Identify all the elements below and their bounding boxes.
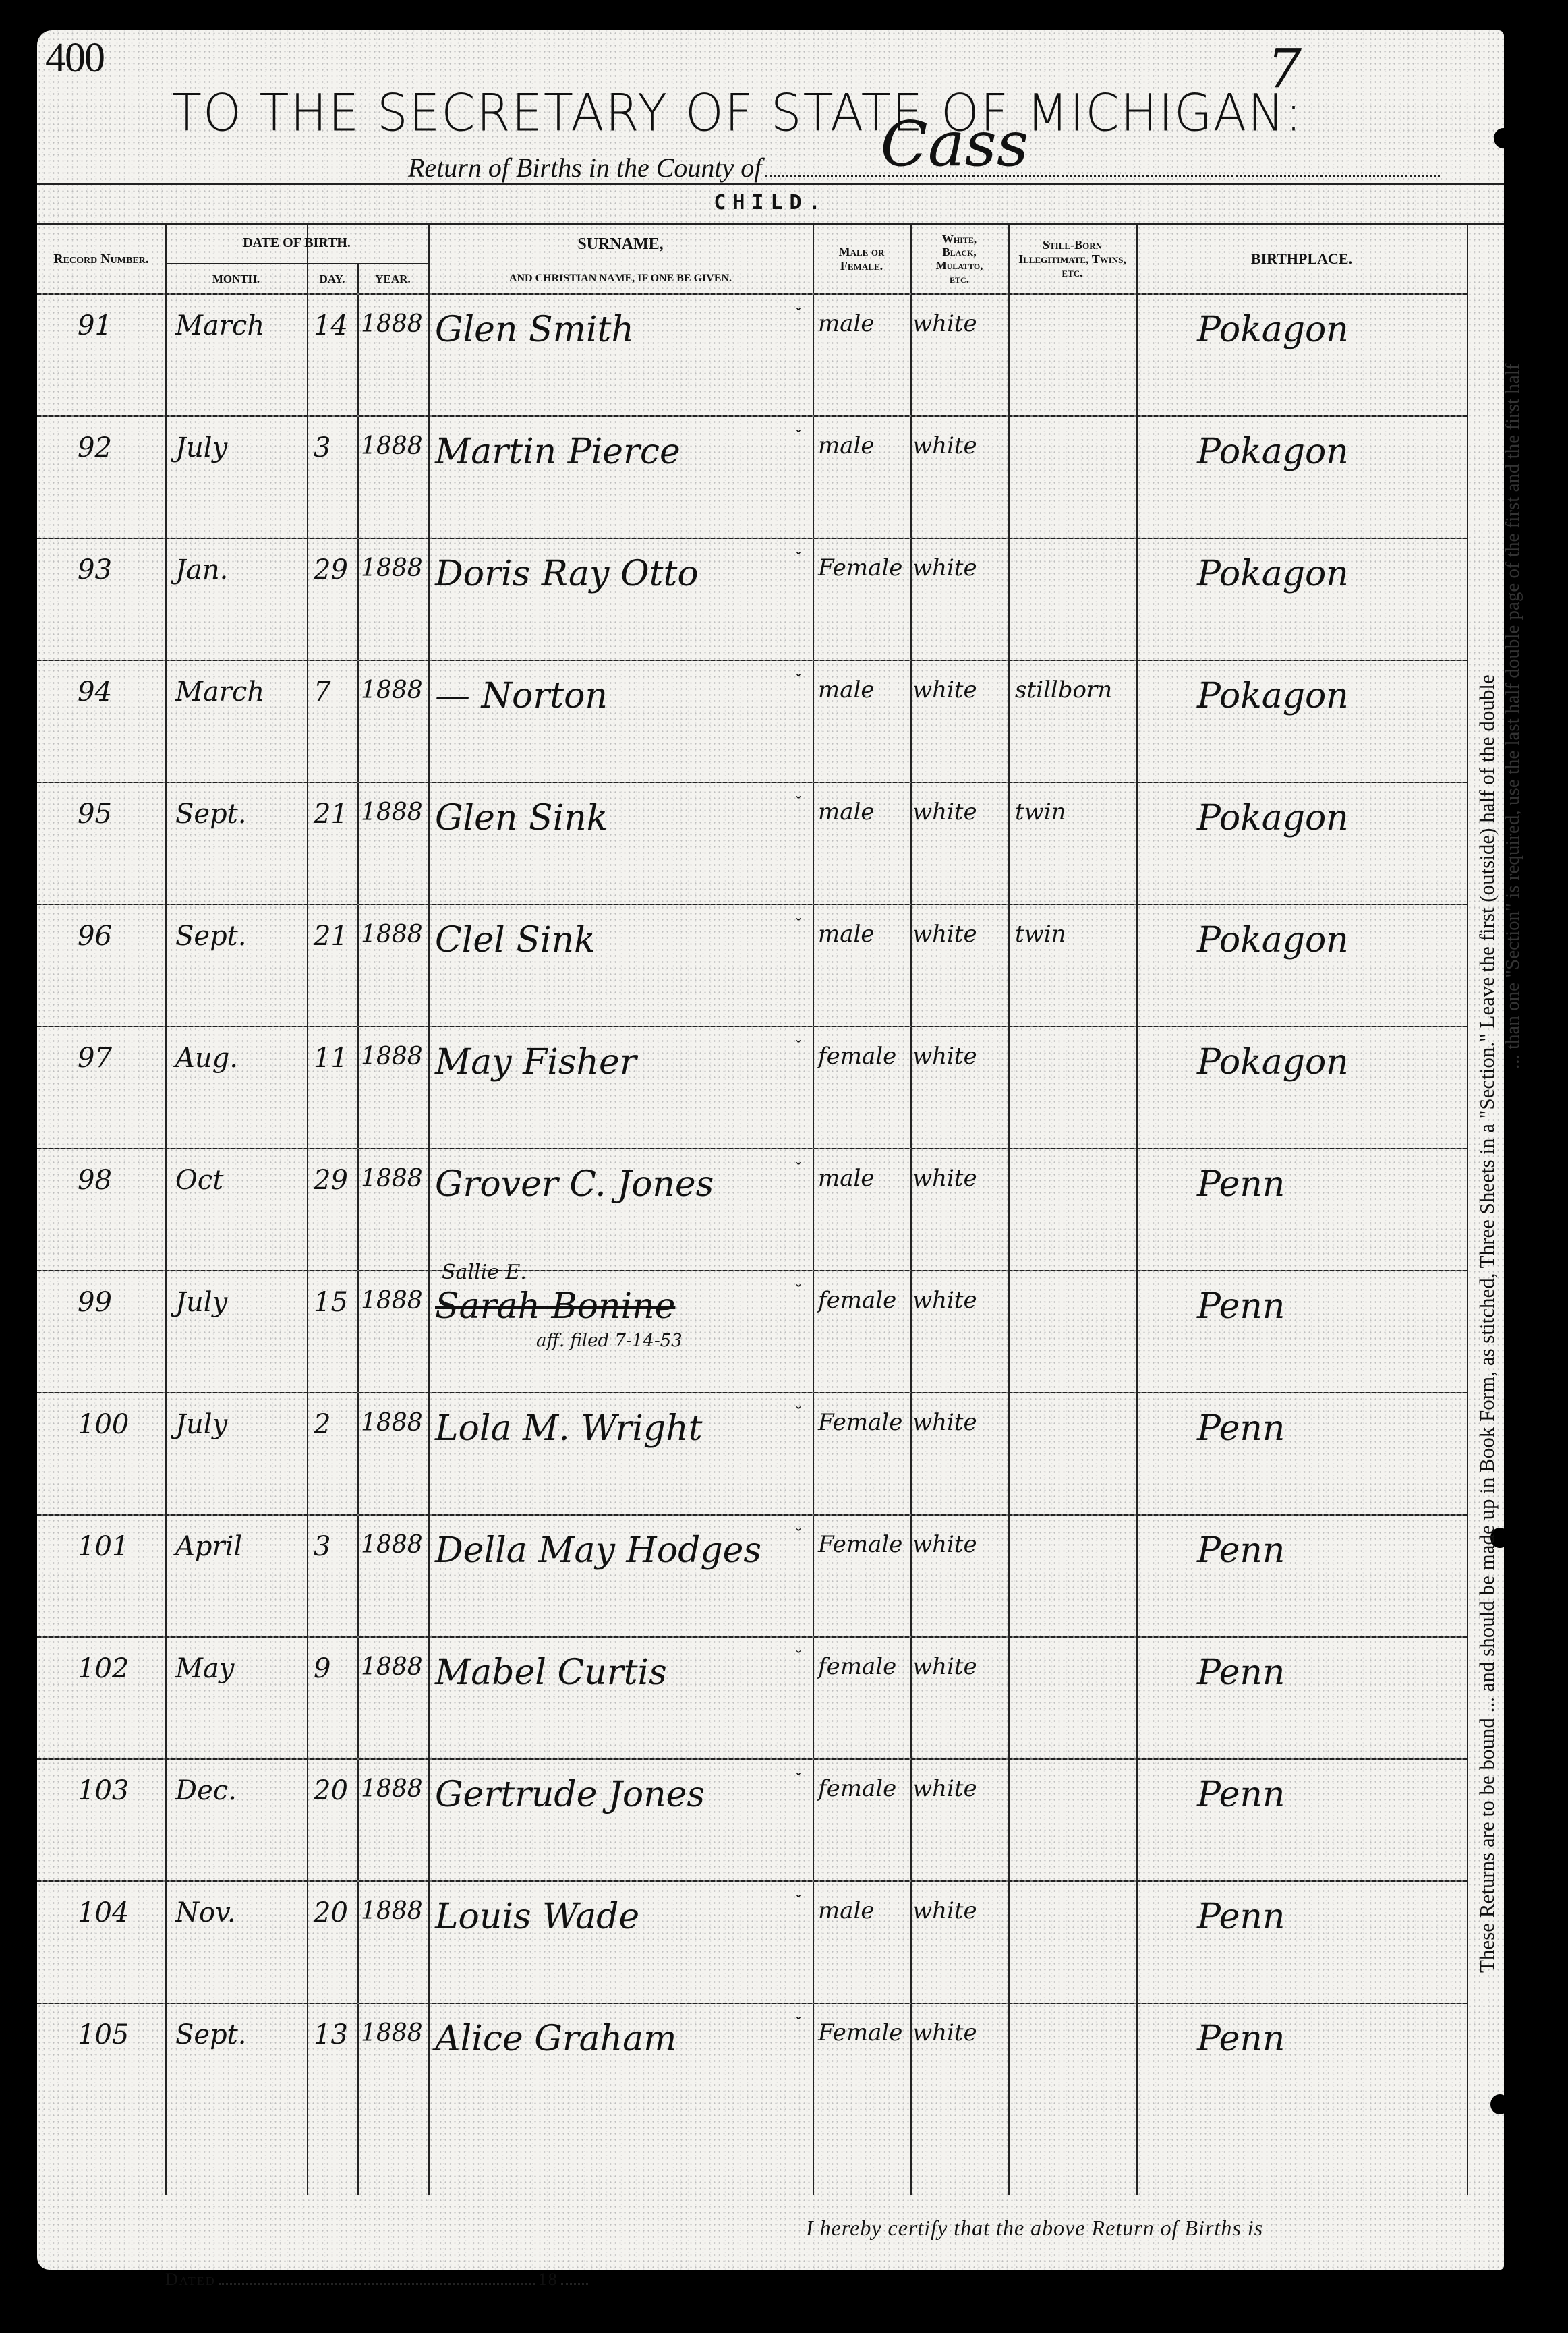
cell-sex: female <box>818 1045 896 1068</box>
row-divider <box>37 1636 1467 1638</box>
cell-year: 1888 <box>361 434 423 459</box>
cell-color: white <box>912 1289 977 1312</box>
binding-instructions-cont: ... than one "Section" is required, use … <box>1502 364 1524 1069</box>
page-title: TO THE SECRETARY OF STATE OF MICHIGAN: <box>172 83 1303 142</box>
cell-birthplace: Penn <box>1197 1777 1285 1812</box>
cell-day: 20 <box>314 1899 348 1926</box>
cell-sex: male <box>818 801 875 824</box>
check-mark-icon: ˇ <box>796 794 801 812</box>
cell-color: white <box>912 1411 977 1434</box>
cell-record: 94 <box>78 679 112 705</box>
cell-sex: male <box>818 679 875 701</box>
cell-month: March <box>175 312 264 339</box>
page-number: 400 <box>45 34 104 82</box>
cell-birthplace: Penn <box>1197 1167 1285 1202</box>
divider <box>37 183 1504 185</box>
cell-day: 29 <box>314 556 348 583</box>
cell-sex: male <box>818 1899 875 1922</box>
check-mark-icon: ˇ <box>796 428 801 446</box>
cell-month: July <box>175 1289 227 1316</box>
cell-day: 29 <box>314 1167 348 1194</box>
cell-name: Lola M. Wright <box>435 1411 703 1446</box>
county-line: Return of Births in the County of Cass <box>408 145 1440 183</box>
row-divider <box>37 2003 1467 2004</box>
cell-month: Aug. <box>175 1045 238 1072</box>
check-mark-icon: ˇ <box>796 550 801 568</box>
cell-month: May <box>175 1655 234 1682</box>
cell-name: Grover C. Jones <box>435 1167 714 1202</box>
cell-color: white <box>912 1777 977 1800</box>
check-mark-icon: ˇ <box>796 1770 801 1789</box>
cell-record: 101 <box>78 1533 129 1560</box>
header-surname: SURNAME, <box>428 225 813 265</box>
cell-day: 2 <box>314 1411 330 1438</box>
cell-birthplace: Pokagon <box>1197 434 1349 469</box>
cell-month: Nov. <box>175 1899 236 1926</box>
cell-birthplace: Penn <box>1197 1289 1285 1324</box>
header-color: White, Black, Mulatto, etc. <box>910 225 1008 293</box>
check-mark-icon: ˇ <box>796 916 801 934</box>
check-mark-icon: ˇ <box>796 306 801 324</box>
section-label: CHILD. <box>37 191 1504 214</box>
cell-sex: female <box>818 1777 896 1800</box>
cell-month: April <box>175 1533 242 1560</box>
cell-year: 1888 <box>361 1045 423 1069</box>
cell-year: 1888 <box>361 2021 423 2046</box>
cell-birthplace: Pokagon <box>1197 923 1349 958</box>
cell-color: white <box>912 1167 977 1190</box>
cell-color: white <box>912 1899 977 1922</box>
county-field: Cass <box>765 145 1440 177</box>
cell-day: 3 <box>314 1533 330 1560</box>
check-mark-icon: ˇ <box>796 1404 801 1422</box>
cell-status: stillborn <box>1015 679 1112 701</box>
header-status: Still-Born Illegitimate, Twins, etc. <box>1008 225 1136 293</box>
cell-color: white <box>912 312 977 335</box>
cell-year: 1888 <box>361 1533 423 1557</box>
cell-name: Martin Pierce <box>435 434 680 469</box>
cell-name: Della May Hodges <box>435 1533 761 1568</box>
check-mark-icon: ˇ <box>796 1893 801 1911</box>
cell-month: March <box>175 679 264 705</box>
subtitle: Return of Births in the County of <box>408 152 761 183</box>
cell-color: white <box>912 1655 977 1678</box>
cell-sex: female <box>818 1655 896 1678</box>
cell-record: 104 <box>78 1899 129 1926</box>
cell-birthplace: Penn <box>1197 1655 1285 1690</box>
cell-day: 15 <box>314 1289 348 1316</box>
row-divider <box>37 1880 1467 1882</box>
cell-sex: Female <box>818 2021 902 2044</box>
cell-birthplace: Pokagon <box>1197 1045 1349 1080</box>
cell-sex: Female <box>818 1533 902 1556</box>
births-table: Record Number. DATE OF BIRTH. MONTH. DAY… <box>37 223 1504 2195</box>
name-correction: Sallie E. <box>442 1261 527 1284</box>
cell-month: July <box>175 434 227 461</box>
cell-sex: male <box>818 434 875 457</box>
cell-day: 21 <box>314 923 348 950</box>
header-birthplace: BIRTHPLACE. <box>1136 225 1467 293</box>
row-divider <box>37 415 1467 417</box>
cell-month: Sept. <box>175 923 246 950</box>
cell-year: 1888 <box>361 312 423 337</box>
cell-name: Gertrude Jones <box>435 1777 705 1812</box>
cell-month: July <box>175 1411 227 1438</box>
cell-sex: Female <box>818 556 902 579</box>
row-divider <box>37 1270 1467 1271</box>
cell-year: 1888 <box>361 1777 423 1802</box>
cell-color: white <box>912 1533 977 1556</box>
cell-day: 13 <box>314 2021 348 2048</box>
row-divider <box>37 782 1467 783</box>
header-surname-sub: AND CHRISTIAN NAME, IF ONE BE GIVEN. <box>428 264 813 293</box>
cell-sex: male <box>818 312 875 335</box>
cell-record: 103 <box>78 1777 129 1804</box>
cell-name: May Fisher <box>435 1045 637 1080</box>
check-mark-icon: ˇ <box>796 1526 801 1545</box>
cell-name: Doris Ray Otto <box>435 556 699 592</box>
cell-year: 1888 <box>361 679 423 703</box>
cell-color: white <box>912 434 977 457</box>
cell-birthplace: Penn <box>1197 2021 1285 2056</box>
cell-day: 20 <box>314 1777 348 1804</box>
cell-year: 1888 <box>361 1411 423 1435</box>
row-divider <box>37 1148 1467 1149</box>
dated-blank <box>219 2283 535 2285</box>
cell-day: 11 <box>314 1045 348 1072</box>
cell-record: 96 <box>78 923 112 950</box>
row-divider <box>37 1758 1467 1760</box>
header-record-number: Record Number. <box>37 225 165 293</box>
cell-name: Louis Wade <box>435 1899 639 1934</box>
row-divider <box>37 1026 1467 1027</box>
affidavit-note: aff. filed 7-14-53 <box>536 1331 683 1351</box>
cell-birthplace: Pokagon <box>1197 312 1349 347</box>
header-sex: Male or Female. <box>813 225 910 293</box>
dated-year-prefix: 18 <box>538 2270 558 2289</box>
cell-name: — Norton <box>435 679 608 714</box>
cell-sex: Female <box>818 1411 902 1434</box>
cell-birthplace: Pokagon <box>1197 801 1349 836</box>
cell-name: Alice Graham <box>435 2021 676 2056</box>
row-divider <box>37 904 1467 905</box>
cell-year: 1888 <box>361 556 423 581</box>
cell-record: 95 <box>78 801 112 828</box>
cell-name: Clel Sink <box>435 923 596 958</box>
cell-day: 14 <box>314 312 348 339</box>
cell-status: twin <box>1015 923 1066 946</box>
header-day: DAY. <box>307 264 357 293</box>
cell-record: 98 <box>78 1167 112 1194</box>
cell-birthplace: Pokagon <box>1197 556 1349 592</box>
cell-year: 1888 <box>361 923 423 947</box>
cell-status: twin <box>1015 801 1066 824</box>
row-divider <box>37 660 1467 661</box>
cell-year: 1888 <box>361 1289 423 1313</box>
cell-birthplace: Penn <box>1197 1411 1285 1446</box>
cell-record: 102 <box>78 1655 129 1682</box>
cell-color: white <box>912 1045 977 1068</box>
cell-day: 7 <box>314 679 330 705</box>
cell-month: Sept. <box>175 2021 246 2048</box>
binding-instructions: These Returns are to be bound ... and sh… <box>1475 674 1499 1973</box>
check-mark-icon: ˇ <box>796 672 801 690</box>
cell-birthplace: Pokagon <box>1197 679 1349 714</box>
cell-color: white <box>912 679 977 701</box>
check-mark-icon: ˇ <box>796 2015 801 2033</box>
certification-text: I hereby certify that the above Return o… <box>806 2216 1263 2241</box>
cell-color: white <box>912 556 977 579</box>
cell-month: Dec. <box>175 1777 237 1804</box>
cell-color: white <box>912 801 977 824</box>
cell-year: 1888 <box>361 801 423 825</box>
cell-name: Mabel Curtis <box>435 1655 667 1690</box>
cell-sex: female <box>818 1289 896 1312</box>
cell-record: 93 <box>78 556 112 583</box>
cell-record: 99 <box>78 1289 112 1316</box>
row-divider <box>37 293 1467 295</box>
county-value: Cass <box>880 108 1028 180</box>
cell-day: 9 <box>314 1655 330 1682</box>
dated-label: Dated <box>165 2270 216 2289</box>
cell-year: 1888 <box>361 1655 423 1679</box>
cell-month: Oct <box>175 1167 223 1194</box>
row-divider <box>37 538 1467 539</box>
cell-record: 100 <box>78 1411 129 1438</box>
punch-hole-icon <box>1494 128 1513 148</box>
row-divider <box>37 1392 1467 1393</box>
cell-sex: male <box>818 923 875 946</box>
cell-birthplace: Penn <box>1197 1899 1285 1934</box>
header-month: MONTH. <box>165 264 307 293</box>
cell-birthplace: Penn <box>1197 1533 1285 1568</box>
check-mark-icon: ˇ <box>796 1282 801 1300</box>
cell-name: Glen Sink <box>435 801 608 836</box>
header-year: YEAR. <box>357 264 428 293</box>
dated-line: Dated18 <box>165 2270 591 2290</box>
check-mark-icon: ˇ <box>796 1648 801 1667</box>
cell-year: 1888 <box>361 1167 423 1191</box>
header-date-of-birth: DATE OF BIRTH. <box>165 225 428 262</box>
cell-month: Sept. <box>175 801 246 828</box>
cell-name: Sarah Bonine <box>435 1289 675 1324</box>
cell-day: 21 <box>314 801 348 828</box>
birth-return-page: 400 7 TO THE SECRETARY OF STATE OF MICHI… <box>37 30 1504 2270</box>
cell-year: 1888 <box>361 1899 423 1924</box>
cell-record: 91 <box>78 312 112 339</box>
cell-month: Jan. <box>175 556 228 583</box>
cell-sex: male <box>818 1167 875 1190</box>
check-mark-icon: ˇ <box>796 1160 801 1178</box>
cell-color: white <box>912 923 977 946</box>
check-mark-icon: ˇ <box>796 1038 801 1056</box>
cell-day: 3 <box>314 434 330 461</box>
cell-color: white <box>912 2021 977 2044</box>
row-divider <box>37 1514 1467 1516</box>
cell-record: 105 <box>78 2021 129 2048</box>
cell-name: Glen Smith <box>435 312 634 347</box>
cell-record: 97 <box>78 1045 112 1072</box>
cell-record: 92 <box>78 434 112 461</box>
